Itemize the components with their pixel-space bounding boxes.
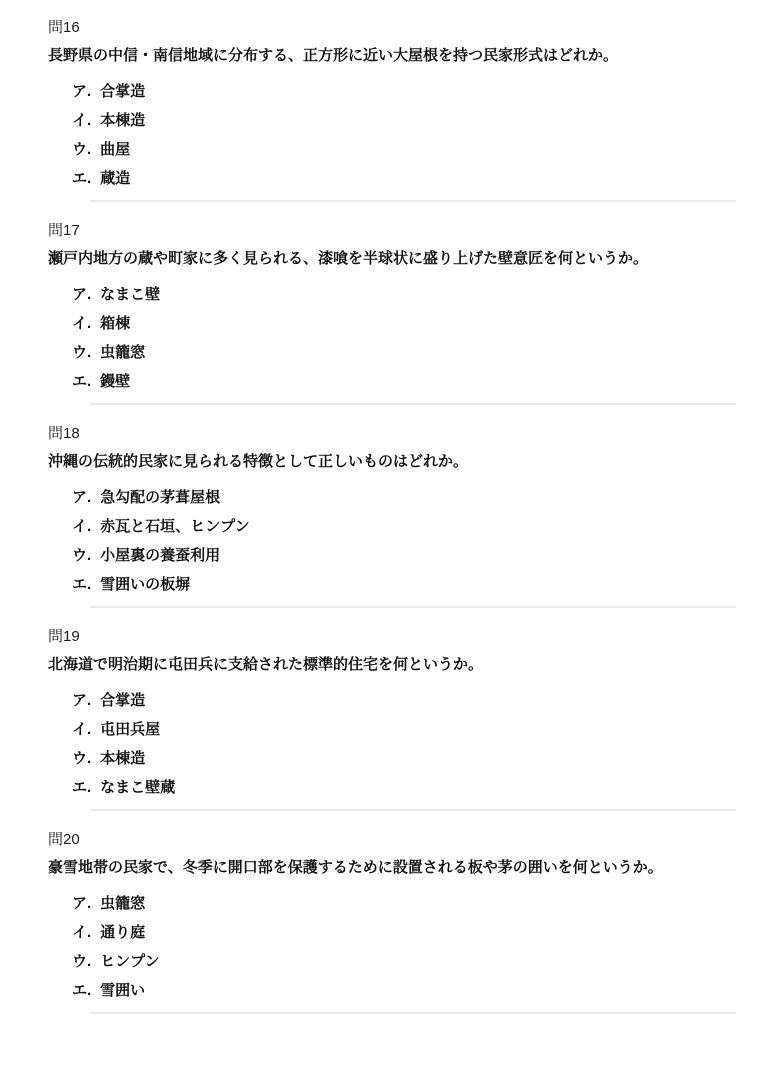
option-label: イ.: [72, 720, 91, 740]
question-text: 北海道で明治期に屯田兵に支給された標準的住宅を何というか。: [48, 655, 751, 675]
option-text: 虫籠窓: [100, 344, 145, 361]
question-number: 問18: [48, 424, 751, 444]
option-e: エ.雪囲いの板塀: [72, 575, 751, 595]
option-i: イ.通り庭: [72, 923, 751, 943]
option-text: 急勾配の茅葺屋根: [100, 489, 220, 506]
option-label: ア.: [72, 82, 91, 102]
option-u: ウ.虫籠窓: [72, 343, 751, 363]
option-label: ア.: [72, 488, 91, 508]
question-text: 瀬戸内地方の蔵や町家に多く見られる、漆喰を半球状に盛り上げた壁意匠を何というか。: [48, 249, 751, 269]
option-a: ア.合掌造: [72, 691, 751, 711]
question-number: 問17: [48, 221, 751, 241]
option-u: ウ.本棟造: [72, 749, 751, 769]
question-block-17: 問17 瀬戸内地方の蔵や町家に多く見られる、漆喰を半球状に盛り上げた壁意匠を何と…: [48, 221, 751, 405]
question-divider: [90, 200, 736, 202]
option-text: 合掌造: [100, 692, 145, 709]
option-text: 曲屋: [100, 141, 130, 158]
option-label: ウ.: [72, 343, 91, 363]
option-label: ウ.: [72, 952, 91, 972]
question-number: 問20: [48, 830, 751, 850]
option-label: イ.: [72, 314, 91, 334]
question-divider: [90, 1012, 736, 1014]
option-text: 虫籠窓: [100, 895, 145, 912]
options-list: ア.合掌造 イ.屯田兵屋 ウ.本棟造 エ.なまこ壁蔵: [48, 691, 751, 798]
option-text: 蔵造: [100, 170, 130, 187]
option-label: ウ.: [72, 749, 91, 769]
question-text: 長野県の中信・南信地域に分布する、正方形に近い大屋根を持つ民家形式はどれか。: [48, 46, 751, 66]
option-label: エ.: [72, 575, 91, 595]
option-e: エ.雪囲い: [72, 981, 751, 1001]
option-label: ア.: [72, 894, 91, 914]
option-i: イ.屯田兵屋: [72, 720, 751, 740]
option-text: 赤瓦と石垣、ヒンプン: [100, 518, 249, 535]
question-number: 問19: [48, 627, 751, 647]
option-text: 雪囲い: [100, 982, 145, 999]
options-list: ア.合掌造 イ.本棟造 ウ.曲屋 エ.蔵造: [48, 82, 751, 189]
options-list: ア.なまこ壁 イ.箱棟 ウ.虫籠窓 エ.鏝壁: [48, 285, 751, 392]
question-block-16: 問16 長野県の中信・南信地域に分布する、正方形に近い大屋根を持つ民家形式はどれ…: [48, 18, 751, 202]
question-divider: [90, 403, 736, 405]
option-label: イ.: [72, 517, 91, 537]
option-text: なまこ壁蔵: [100, 779, 175, 796]
option-i: イ.本棟造: [72, 111, 751, 131]
question-text: 豪雪地帯の民家で、冬季に開口部を保護するために設置される板や茅の囲いを何というか…: [48, 858, 751, 878]
question-divider: [90, 606, 736, 608]
option-label: ア.: [72, 691, 91, 711]
option-text: 箱棟: [100, 315, 130, 332]
option-a: ア.急勾配の茅葺屋根: [72, 488, 751, 508]
question-block-18: 問18 沖縄の伝統的民家に見られる特徴として正しいものはどれか。 ア.急勾配の茅…: [48, 424, 751, 608]
option-u: ウ.曲屋: [72, 140, 751, 160]
option-e: エ.蔵造: [72, 169, 751, 189]
question-text: 沖縄の伝統的民家に見られる特徴として正しいものはどれか。: [48, 452, 751, 472]
option-text: 本棟造: [100, 750, 145, 767]
option-a: ア.合掌造: [72, 82, 751, 102]
options-list: ア.急勾配の茅葺屋根 イ.赤瓦と石垣、ヒンプン ウ.小屋裏の養蚕利用 エ.雪囲い…: [48, 488, 751, 595]
option-u: ウ.小屋裏の養蚕利用: [72, 546, 751, 566]
option-text: 合掌造: [100, 83, 145, 100]
option-text: 本棟造: [100, 112, 145, 129]
question-block-19: 問19 北海道で明治期に屯田兵に支給された標準的住宅を何というか。 ア.合掌造 …: [48, 627, 751, 811]
option-label: イ.: [72, 111, 91, 131]
option-e: エ.なまこ壁蔵: [72, 778, 751, 798]
options-list: ア.虫籠窓 イ.通り庭 ウ.ヒンプン エ.雪囲い: [48, 894, 751, 1001]
option-text: 屯田兵屋: [100, 721, 160, 738]
option-i: イ.赤瓦と石垣、ヒンプン: [72, 517, 751, 537]
option-label: エ.: [72, 372, 91, 392]
option-text: なまこ壁: [100, 286, 160, 303]
quiz-page: 問16 長野県の中信・南信地域に分布する、正方形に近い大屋根を持つ民家形式はどれ…: [0, 0, 781, 1014]
option-label: ア.: [72, 285, 91, 305]
option-text: 通り庭: [100, 924, 145, 941]
option-label: ウ.: [72, 546, 91, 566]
question-number: 問16: [48, 18, 751, 38]
option-text: 小屋裏の養蚕利用: [100, 547, 220, 564]
option-i: イ.箱棟: [72, 314, 751, 334]
question-divider: [90, 809, 736, 811]
option-a: ア.虫籠窓: [72, 894, 751, 914]
option-label: エ.: [72, 981, 91, 1001]
option-text: ヒンプン: [100, 953, 159, 970]
option-label: エ.: [72, 169, 91, 189]
option-label: イ.: [72, 923, 91, 943]
option-text: 雪囲いの板塀: [100, 576, 190, 593]
option-label: ウ.: [72, 140, 91, 160]
option-label: エ.: [72, 778, 91, 798]
option-e: エ.鏝壁: [72, 372, 751, 392]
question-block-20: 問20 豪雪地帯の民家で、冬季に開口部を保護するために設置される板や茅の囲いを何…: [48, 830, 751, 1014]
option-a: ア.なまこ壁: [72, 285, 751, 305]
option-text: 鏝壁: [100, 373, 130, 390]
option-u: ウ.ヒンプン: [72, 952, 751, 972]
